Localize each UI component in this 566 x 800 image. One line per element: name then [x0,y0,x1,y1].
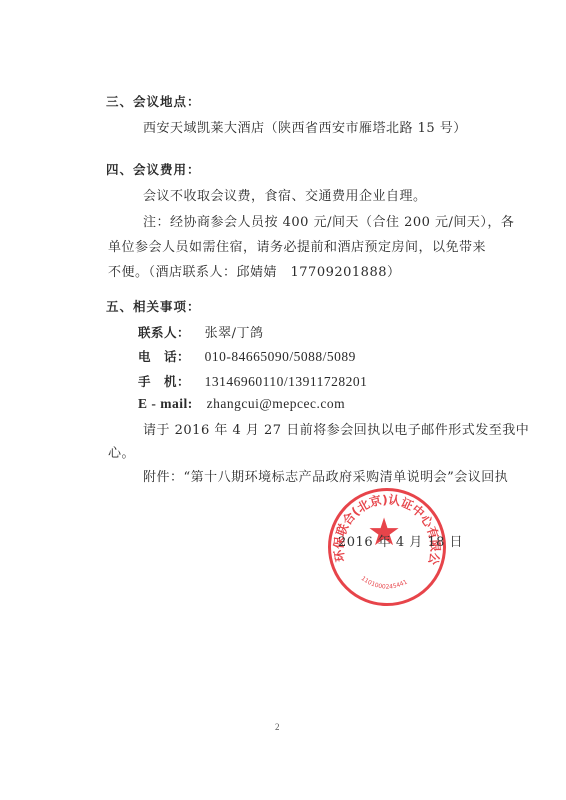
attachment-line: 附件：“第十八期环境标志产品政府采购清单说明会”会议回执 [143,466,508,485]
email-label: E - mail: [138,396,202,412]
section-4-fee-note: 会议不收取会议费，食宿、交通费用企业自理。 [143,185,427,204]
email-row: E - mail: zhangcui@mepcec.com [138,396,345,412]
phone-row: 电 话： 010-84665090/5088/5089 [138,347,356,365]
email-value: zhangcui@mepcec.com [207,396,346,412]
contact-person-value: 张翠/丁鸽 [205,322,264,341]
section-4-heading: 四、会议费用： [106,160,201,178]
seal-number: 1101000245441 [360,575,409,591]
mobile-row: 手 机： 13146960110/13911728201 [138,372,367,390]
phone-label: 电 话： [138,347,200,365]
contact-person-row: 联系人： 张翠/丁鸽 [138,322,264,341]
section-4-accommodation-line3: 不便。（酒店联系人：邱婧婧 17709201888） [108,261,400,280]
contact-person-label: 联系人： [138,323,200,341]
deadline-line2: 心。 [108,442,135,461]
mobile-value: 13146960110/13911728201 [205,374,368,390]
signature-date: 2016 年 4 月 18 日 [338,531,463,550]
svg-text:1101000245441: 1101000245441 [360,575,409,591]
section-3-heading: 三、会议地点： [106,92,201,110]
section-4-accommodation-line2: 单位参会人员如需住宿，请务必提前和酒店预定房间，以免带来 [108,236,486,255]
deadline-line1: 请于 2016 年 4 月 27 日前将参会回执以电子邮件形式发至我中 [143,419,529,438]
phone-value: 010-84665090/5088/5089 [205,349,356,365]
mobile-label: 手 机： [138,372,200,390]
section-3-venue: 西安天域凯莱大酒店（陕西省西安市雁塔北路 15 号） [143,117,467,136]
page-number: 2 [275,722,280,732]
section-4-accommodation-line1: 注：经协商参会人员按 400 元/间天（合住 200 元/间天），各 [143,211,514,230]
section-5-heading: 五、相关事项： [106,297,201,315]
